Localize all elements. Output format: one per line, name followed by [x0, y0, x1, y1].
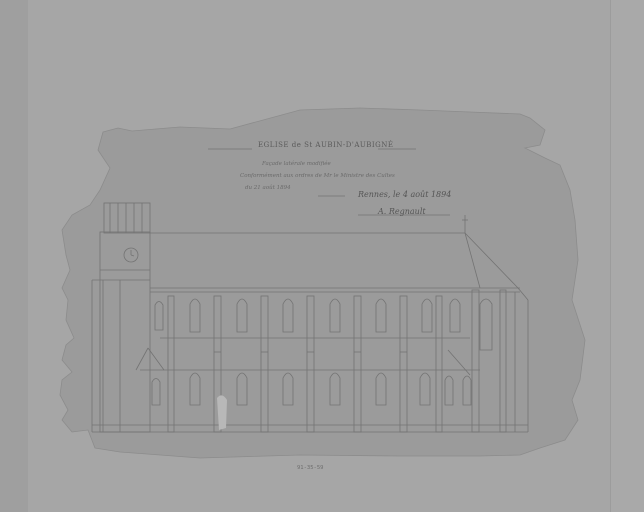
ministerial-note: Conformément aux ordres de Mr le Ministr…	[240, 173, 395, 179]
drawing-title: EGLISE de St AUBIN-D'AUBIGNÉ	[258, 141, 394, 149]
ministerial-date: du 21 août 1894	[245, 185, 291, 191]
architect-signature: A. Regnault	[378, 207, 426, 216]
drawing-sheet	[0, 0, 644, 512]
drawing-subtitle: Façade latérale modifiée	[262, 161, 331, 167]
place-date: Rennes, le 4 août 1894	[358, 190, 451, 199]
archive-stamp: 91-35-59	[297, 465, 324, 471]
